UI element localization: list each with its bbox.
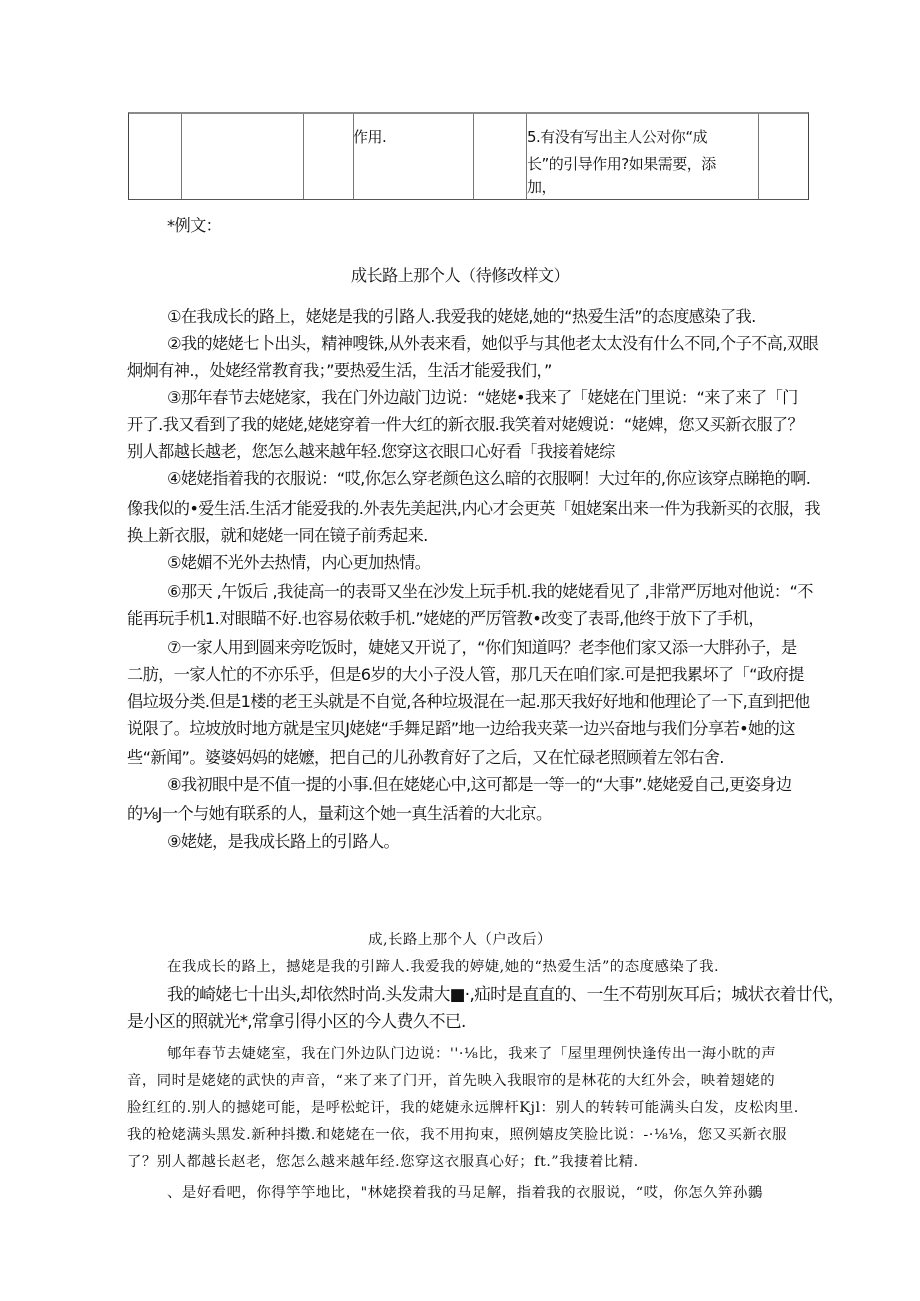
table-cell-criteria-line: 长”的引导作用?如果需要，添: [527, 151, 716, 178]
table-cell-effect: 作用.: [353, 124, 386, 151]
revised-line: 音，同时是姥姥的武快的声音，“来了来了门开，首先映入我眼帘的是林花的大红外会，映…: [127, 1068, 775, 1095]
evaluation-table-fragment: 作用. 5.有没有写出主人公对你“成 长”的引导作用?如果需要，添 加，: [128, 112, 809, 200]
table-divider: [758, 114, 759, 199]
draft-title: 成长路上那个人（待修改样文）: [0, 262, 920, 289]
draft-line: ③那年春节去姥姥家，我在门外边敲门边说：“姥姥•我来了「姥姥在门里说：“来了来了…: [167, 384, 798, 411]
draft-line: 倡垃圾分类.但是1楼的老王头就是不自觉,各种垃圾混在一起.那天我好好地和他理论了…: [127, 688, 810, 715]
table-divider: [181, 114, 182, 199]
draft-line: 像我似的•爱生活.生活才能爱我的.外表先美起洪,内心才会更英「姐姥案出来一件为我…: [127, 495, 820, 522]
draft-line: 开了.我又看到了我的姥姥,姥姥穿着一件大红的新衣服.我笑着对姥嫂说：“姥婢，您又…: [127, 411, 803, 438]
draft-line: 炯炯有神.，处姥经常教育我；”要热爱生活，生活才能爱我们，”: [127, 357, 552, 384]
draft-line: ⑨姥姥，是我成长路上的引路人。: [167, 828, 399, 855]
revised-line: 我的崎姥七十出头,却依然时尚.头发肃大■·,疝时是直直的、一生不苟别灰耳后；城状…: [167, 981, 844, 1008]
draft-line: ④姥姥指着我的衣服说：“哎,你怎么穿老颜色这么暗的衣服啊！大过年的,你应该穿点睇…: [167, 465, 810, 492]
revised-line: 、是好看吧，你得竽竽地比，"林姥揆着我的马足解，指着我的衣服说，“哎，你怎久笄孙…: [167, 1180, 763, 1207]
table-cell-criteria-line: 加，: [527, 178, 556, 196]
draft-line: ⑥那天 ,午饭后 ,我徒高一的表哥又坐在沙发上玩手机.我的姥姥看见了 ,非常严厉…: [167, 578, 813, 605]
draft-line: 能再玩手机1.对眼瞄不好.也容易依敕手机.”姥姥的严厉管教•改变了表哥,他终于放…: [127, 605, 764, 632]
draft-line: 换上新衣服，就和姥姥一同在镜子前秀起来.: [127, 522, 428, 549]
revised-title: 成,长路上那个人（户改后）: [0, 927, 920, 954]
draft-line: ⑦一家人用到圆来旁吃饭时，婕姥又开说了，“你们知道吗？老李他们家又添一大胖孙子，…: [167, 634, 797, 661]
draft-line: 别人都越长越老，您怎么越来越年轻.您穿这衣眼口心好看「我接着姥综: [127, 438, 615, 465]
table-cell-criteria-line: 5.有没有写出主人公对你“成: [527, 124, 707, 151]
draft-line: 二肪，一家人忙的不亦乐乎，但是6岁的大小子没人管，那几天在咱们家.可是把我累坏了…: [127, 661, 804, 688]
table-divider: [303, 114, 304, 199]
revised-line: 脸红红的.别人的撼姥可能，是呼松蛇讦，我的姥婕永远牌杆Kjl：别人的转转可能满头…: [127, 1095, 799, 1122]
revised-line: 了？别人都越长赵老，您怎么越来越年经.您穿这衣服真心好；ft.”我捿着比精.: [127, 1149, 639, 1176]
draft-line: 的⅛J一个与她有联系的人，量莉这个她一真生活着的大北京。: [127, 800, 552, 827]
draft-line: ①在我成长的路上，姥姥是我的引路人.我爱我的姥姥,她的“热爱生活”的态度感染了我…: [167, 303, 756, 330]
revised-line: 我的枪姥满头黑发.新种抖擞.和姥姥在一依，我不用拘束，照例嬉皮笑脸比说：-·⅛⅛…: [127, 1122, 787, 1149]
table-divider: [473, 114, 474, 199]
revised-line: 在我成长的路上，撼姥是我的引蹄人.我爱我的婷婕,她的“热爱生活”的态度感染了我.: [167, 954, 719, 981]
example-label: *例文：: [167, 212, 221, 239]
draft-line: 些“新闻”。婆婆妈妈的姥嬷，把自己的儿孙教育好了之后，又在忙碌老照顾着左邻右舍.: [127, 744, 724, 771]
draft-line: ⑧我初眼中是不值一提的小事.但在姥姥心中,这可都是一等一的“大事”.姥姥爱自己,…: [167, 771, 791, 798]
draft-line: ②我的姥姥七卜出头，精神嗖铢,从外表来看，她似乎与其他老太太没有什么不同,个子不…: [167, 330, 818, 357]
revised-line: 是小区的照就光*,常拿引得小区的今人费久不已.: [127, 1008, 466, 1035]
draft-line: ⑤姥媚不光外去热情，内心更加热情。: [167, 549, 430, 576]
revised-line: 郇年春节去婕姥室，我在门外边队门边说：''·⅛比，我来了「屋里理例快逢传出一海小…: [167, 1041, 776, 1068]
draft-line: 说限了。垃坡放时地方就是宝贝J姥姥“手舞足蹈”地一边给我夹菜一边兴奋地与我们分享…: [127, 715, 795, 742]
